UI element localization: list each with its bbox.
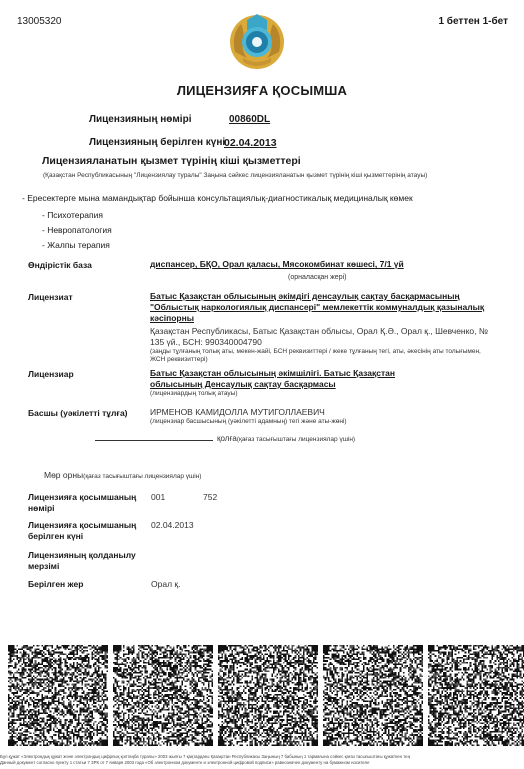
service-item: - Невропатология (42, 225, 112, 235)
appendix-date-value: 02.04.2013 (151, 520, 194, 530)
signature-caption: қолға(қағаз тасығыштағы лицензиялар үшін… (217, 434, 355, 443)
place-label: Берілген жер (28, 579, 143, 590)
state-emblem-icon (227, 12, 287, 72)
service-item: - Жалпы терапия (42, 240, 110, 250)
license-number-value: 00860DL (229, 114, 270, 125)
appendix-number-label: Лицензияға қосымшаның нөмірі (28, 492, 143, 513)
legal-footer: Бұл құжат «Электрондық құжат және электр… (0, 754, 524, 766)
licensee-name: Батыс Қазақстан облысының әкімдігі денса… (150, 291, 490, 324)
page-title: ЛИЦЕНЗИЯҒА ҚОСЫМША (0, 83, 524, 98)
qr-code-icon (8, 645, 108, 746)
qr-code-icon (428, 645, 524, 746)
licensor-name: Батыс Қазақстан облысының әкімшілігі. Ба… (150, 368, 440, 390)
qr-code-icon (218, 645, 318, 746)
licensee-note: (заңды тұлғаның толық аты, мекен-жайі, Б… (150, 348, 490, 364)
license-date-value: 02.04.2013 (224, 137, 277, 149)
service-item: - Психотерапия (42, 210, 103, 220)
footer-line-ru: Данный документ согласно пункту 1 статьи… (0, 760, 524, 766)
head-label: Басшы (уәкілетті тұлға) (28, 408, 128, 418)
license-date-label: Лицензияның берілген күні (89, 137, 225, 148)
seal-place: Мөр орны(қағаз тасығыштағы лицензиялар ү… (44, 470, 201, 480)
licensor-note: (лицензиардың толық атауы) (150, 390, 440, 398)
subservices-title: Лицензияланатын қызмет түрінің кіші қызм… (42, 155, 301, 167)
service-main-item: - Ересектерге мына мамандықтар бойынша к… (22, 193, 413, 203)
production-base-label: Өндірістік база (28, 260, 92, 270)
production-base-note: (орналасқан жері) (288, 274, 490, 282)
validity-label: Лицензияның қолданылу мерзімі (28, 550, 143, 571)
appendix-date-label: Лицензияға қосымшаның берілген күні (28, 520, 143, 541)
page-indicator: 1 беттен 1-бет (438, 16, 508, 27)
production-base-value: диспансер, БҚО, Орал қаласы, Мясокомбина… (150, 259, 490, 270)
signature-line (95, 440, 213, 441)
place-value: Орал қ. (151, 579, 180, 589)
document-number: 13005320 (17, 16, 62, 27)
head-note: (лицензиар басшысының (уәкілетті адамның… (150, 418, 490, 426)
subservices-note: (Қазақстан Республикасының "Лицензиялау … (43, 172, 427, 179)
qr-code-icon (323, 645, 423, 746)
appendix-number-part2: 752 (203, 492, 217, 502)
appendix-number-part1: 001 (151, 492, 165, 502)
licensor-label: Лицензиар (28, 369, 74, 379)
head-name: ИРМЕНОВ КАМИДОЛЛА МУТИГОЛЛАЕВИЧ (150, 407, 490, 418)
qr-code-icon (113, 645, 213, 746)
licensee-address: Қазақстан Республикасы, Батыс Қазақстан … (150, 326, 490, 348)
license-number-label: Лицензияның нөмірі (89, 114, 191, 125)
licensee-label: Лицензиат (28, 292, 73, 302)
